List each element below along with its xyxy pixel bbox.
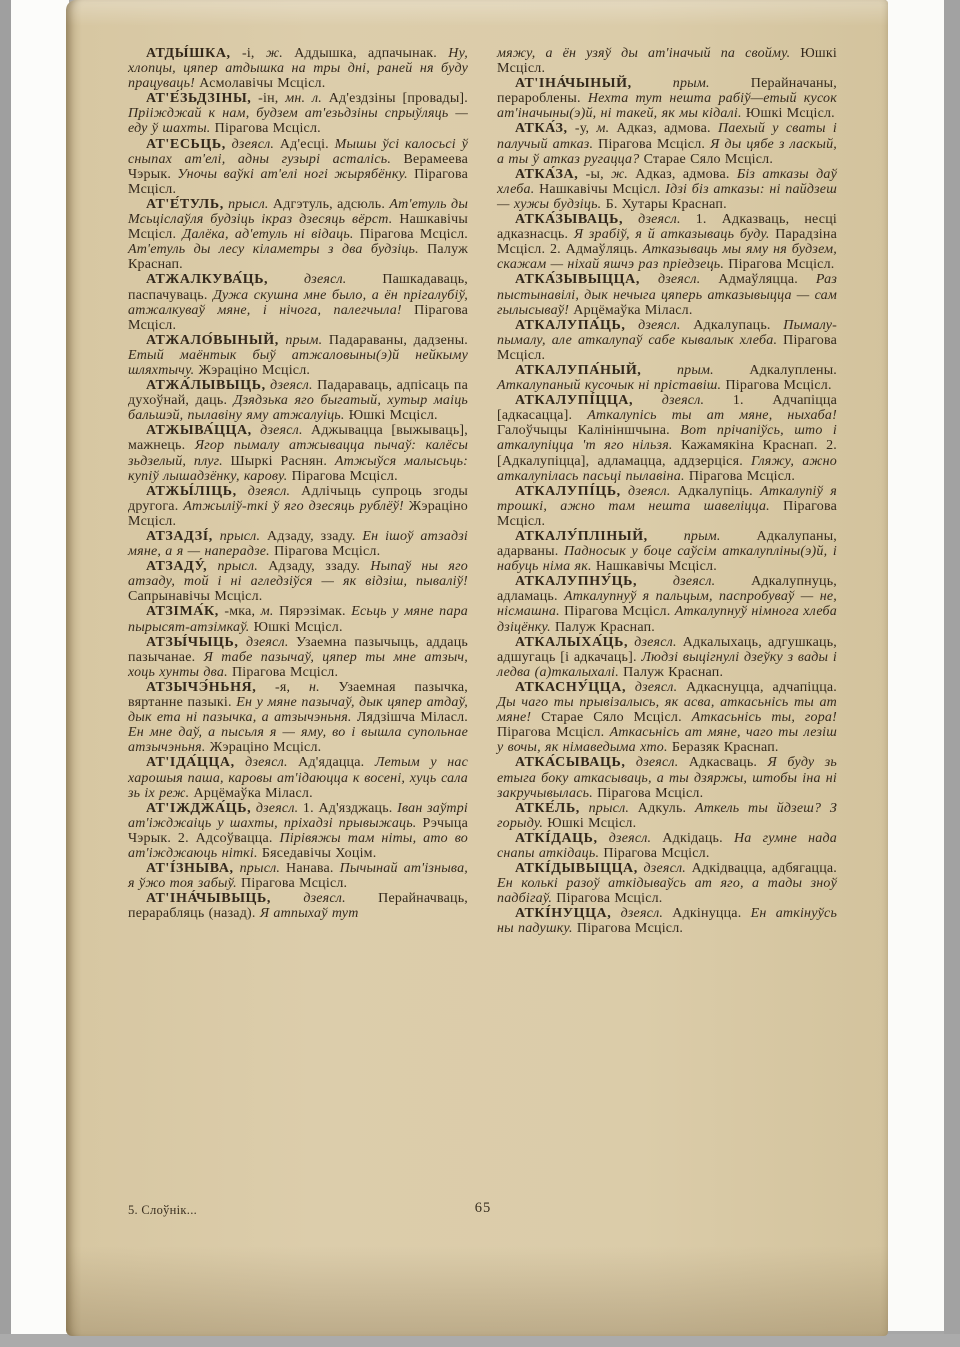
dictionary-entry: АТКАЛУ́ПЛІНЫЙ, прым. Адкалупаны, адарван… bbox=[497, 529, 837, 574]
headword: АТКАЛУПІ́ЦЬ, bbox=[515, 484, 621, 499]
headword: АТКА́ЗА, bbox=[515, 167, 578, 182]
definition-text: Ад'ядацца. bbox=[288, 755, 375, 770]
dictionary-entry: АТ'Е́ТУЛЬ, прысл. Адгэтуль, адсюль. Ат'е… bbox=[128, 197, 468, 272]
definition-text: -я, bbox=[256, 680, 309, 695]
definition-text: Адкінуцца. bbox=[663, 906, 751, 921]
definition-text: Адмаўляцца. bbox=[700, 272, 816, 287]
headword: АТЗЫЧЭ́НЬНЯ, bbox=[146, 680, 256, 695]
definition-text: Юшкі Мсцісл. bbox=[249, 620, 342, 635]
headword: АТЗЫ́ЧЫЦЬ, bbox=[146, 635, 238, 650]
quote-example: Уночы ваўкі ат'елі ногі жырябёнку. bbox=[177, 167, 407, 182]
dictionary-entry: АТЖЫВА́ЦЦА, дзеясл. Аджывацца [выжываць]… bbox=[128, 423, 468, 483]
headword: АТЖЫ́ЛІЦЬ, bbox=[146, 484, 237, 499]
grammar-label: дзеясл. bbox=[245, 755, 287, 770]
definition-text: Пірагова Мсцісл. bbox=[287, 469, 397, 484]
footer-signature-note: 5. Слоўнік... bbox=[128, 1203, 197, 1218]
definition-text bbox=[238, 635, 246, 650]
definition-text: Юшкі Мсцісл. bbox=[742, 106, 835, 121]
page-edge-left bbox=[11, 0, 69, 1334]
headword: АТКА́ЗЫВЫЦЦА, bbox=[515, 272, 640, 287]
definition-text: Бяседавічы Хоцім. bbox=[258, 846, 377, 861]
grammar-label: дзеясл. bbox=[248, 484, 290, 499]
scanner-background-right bbox=[944, 0, 960, 1347]
headword: АТ'ІНА́ЧЫВЫЦЬ, bbox=[146, 891, 271, 906]
dictionary-entry: АТ'ЕСЬЦЬ, дзеясл. Ад'есці. Мышы ўсі кало… bbox=[128, 137, 468, 197]
definition-text: Пірагова Мсцісл. bbox=[270, 544, 380, 559]
definition-text: Пірагова Мсцісл. bbox=[237, 876, 347, 891]
headword: АТ'Е́ТУЛЬ, bbox=[146, 197, 224, 212]
headword: АТ'Е́ЗЬДЗІНЫ, bbox=[146, 91, 251, 106]
dictionary-entry: АТЗЫЧЭ́НЬНЯ, -я, н. Узаемная пазычка, вя… bbox=[128, 680, 468, 755]
dictionary-entry: АТКІ́ДАЦЬ, дзеясл. Адкідаць. На гумне на… bbox=[497, 831, 837, 861]
definition-text: Сапрынавічы Мсцісл. bbox=[128, 589, 262, 604]
dictionary-entry: АТЗЫ́ЧЫЦЬ, дзеясл. Узаемна пазычыць, адд… bbox=[128, 635, 468, 680]
headword: АТКА́З, bbox=[515, 121, 568, 136]
definition-text bbox=[632, 76, 673, 91]
dictionary-entry: АТКАЛУПІ́ЦЦА, дзеясл. 1. Адчапіцца [адка… bbox=[497, 393, 837, 484]
definition-text: Арцёмаўка Міласл. bbox=[569, 303, 692, 318]
grammar-label: ж. bbox=[266, 46, 283, 61]
quote-example: Далёка, ад'етуль ні відаць. bbox=[182, 227, 353, 242]
grammar-label: дзеясл. bbox=[658, 272, 700, 287]
definition-text: Адгэтуль, адсюль. bbox=[269, 197, 390, 212]
definition-text: Беразяк Краснап. bbox=[668, 740, 779, 755]
definition-text: Пірагова Мсцісл. bbox=[573, 921, 683, 936]
dictionary-entry: АТКІ́ДЫВЫЦЦА, дзеясл. Адкідвацца, адбяга… bbox=[497, 861, 837, 906]
dictionary-entry: АТЖАЛО́ВЫНЫЙ, прым. Падараваны, дадзены.… bbox=[128, 333, 468, 378]
grammar-label: дзеясл. bbox=[635, 680, 677, 695]
paper-page: АТДЫ́ШКА, -і, ж. Аддышка, адпачынак. Ну,… bbox=[66, 0, 888, 1336]
quote-example: Я атпыхаў тут bbox=[260, 906, 359, 921]
quote-example: Аткалупаный кусочык ні пріставіш. bbox=[497, 378, 721, 393]
grammar-label: дзеясл. bbox=[246, 635, 288, 650]
definition-text: Нашкавічы Мсцісл. bbox=[534, 182, 665, 197]
dictionary-entry: АТКАЛЫХА́ЦЬ, дзеясл. Адкалыхаць, адгушка… bbox=[497, 635, 837, 680]
definition-text: Адкідвацца, адбягацца. bbox=[686, 861, 837, 876]
grammar-label: м. bbox=[261, 604, 274, 619]
definition-text: Шыркі Раснян. bbox=[223, 454, 335, 469]
definition-text bbox=[580, 801, 589, 816]
headword: АТ'ЕСЬЦЬ, bbox=[146, 137, 226, 152]
definition-text: Пірагова Мсцісл. bbox=[552, 891, 662, 906]
definition-text: Асмолавічы Мсцісл. bbox=[195, 76, 325, 91]
definition-text: Пірагова Мсцісл. bbox=[497, 725, 610, 740]
definition-text: Жэраціно Мсцісл. bbox=[206, 740, 322, 755]
quote-example: Я зрабіў, я й атказываць буду. bbox=[574, 227, 770, 242]
dictionary-entry: АТЗАДЗІ́, прысл. Адзаду, ззаду. Ен ішоў … bbox=[128, 529, 468, 559]
dictionary-entry: АТКА́ЗА, -ы, ж. Адказ, адмова. Біз атказ… bbox=[497, 167, 837, 212]
definition-text: Галоўчыцы Калініншчына. bbox=[497, 423, 680, 438]
definition-text bbox=[641, 363, 677, 378]
headword: АТЖАЛКУВА́ЦЬ, bbox=[146, 272, 268, 287]
grammar-label: дзеясл. bbox=[644, 861, 686, 876]
definition-text: -ы, bbox=[578, 167, 611, 182]
grammar-label: дзеясл. bbox=[609, 831, 651, 846]
headword: АТКАЛУПНУ́ЦЬ, bbox=[515, 574, 637, 589]
dictionary-entry: АТЖЫ́ЛІЦЬ, дзеясл. Адлічыць супроць згод… bbox=[128, 484, 468, 529]
page-number: 65 bbox=[475, 1200, 492, 1217]
definition-text: Пірагова Мсцісл. bbox=[724, 257, 834, 272]
definition-text: Адказ, адмова. bbox=[609, 121, 718, 136]
dictionary-entry: АТКАЛУПНУ́ЦЬ, дзеясл. Адкалупнуць, адлам… bbox=[497, 574, 837, 634]
headword: АТКАЛУПА́ЦЬ, bbox=[515, 318, 625, 333]
definition-text: Адкуль. bbox=[629, 801, 695, 816]
headword: АТКАЛУПА́НЫЙ, bbox=[515, 363, 641, 378]
definition-text: -ін, bbox=[251, 91, 285, 106]
definition-text bbox=[625, 318, 638, 333]
dictionary-entry: АТ'ІДА́ЦЦА, дзеясл. Ад'ядацца. Летым у н… bbox=[128, 755, 468, 800]
headword: АТЖАЛО́ВЫНЫЙ, bbox=[146, 333, 279, 348]
headword: АТКАЛУПІ́ЦЦА, bbox=[515, 393, 633, 408]
dictionary-entry: АТКА́З, -у, м. Адказ, адмова. Паехый у с… bbox=[497, 121, 837, 166]
definition-text: Б. Хутары Краснап. bbox=[601, 197, 726, 212]
quote-example: Ен колькі разоў аткідываўсь ат яго, а та… bbox=[497, 876, 837, 906]
headword: АТКІ́ДАЦЬ, bbox=[515, 831, 598, 846]
dictionary-entry: АТКАЛУПА́НЫЙ, прым. Адкалуплены. Аткалуп… bbox=[497, 363, 837, 393]
quote-example: Аткалупісь ты ат мяне, ныхаба! bbox=[587, 408, 837, 423]
headword: АТ'ІДА́ЦЦА, bbox=[146, 755, 235, 770]
dictionary-entry: АТЗАДУ́, прысл. Адзаду, ззаду. Ныпаў ны … bbox=[128, 559, 468, 604]
quote-example: мяжу, а ён узяў ды ат'іначый па свойму. bbox=[497, 46, 790, 61]
definition-text: Нанава. bbox=[280, 861, 339, 876]
definition-text: Падараваны, дадзены. bbox=[322, 333, 468, 348]
headword: АТКЕ́ЛЬ, bbox=[515, 801, 580, 816]
grammar-label: прысл. bbox=[228, 197, 269, 212]
quote-example: Атжыліў-ткі ў яго дзесяць рублёў! bbox=[183, 499, 404, 514]
headword: АТ'ІЖДЖА́ЦЬ, bbox=[146, 801, 251, 816]
dictionary-entry: АТЗІМА́К, -мка, м. Пярэзімак. Есьць у мя… bbox=[128, 604, 468, 634]
grammar-label: дзеясл. bbox=[636, 755, 678, 770]
definition-text: Адкасваць. bbox=[678, 755, 767, 770]
grammar-label: мн. л. bbox=[285, 91, 322, 106]
page-edge-right bbox=[886, 0, 946, 1331]
headword: АТКІ́НУЦЦА, bbox=[515, 906, 611, 921]
definition-text bbox=[626, 680, 635, 695]
definition-text: Пірагова Мсцісл. bbox=[593, 137, 710, 152]
page-footer: 5. Слоўнік... 65 bbox=[128, 1200, 838, 1222]
definition-text: -у, bbox=[568, 121, 597, 136]
text-column-left: АТДЫ́ШКА, -і, ж. Аддышка, адпачынак. Ну,… bbox=[128, 46, 468, 937]
definition-text bbox=[213, 529, 220, 544]
definition-text: Пярэзімак. bbox=[274, 604, 352, 619]
definition-text: Адкалупіць. bbox=[671, 484, 761, 499]
definition-text: Аддышка, адпачынак. bbox=[283, 46, 448, 61]
definition-text: Арцёмаўка Міласл. bbox=[189, 786, 312, 801]
dictionary-entry: АТ'ІНА́ЧЫВЫЦЬ, дзеясл. Перайначваць, пер… bbox=[128, 891, 468, 921]
definition-text: Палуж Краснап. bbox=[619, 665, 723, 680]
dictionary-entry: АТКА́СЫВАЦЬ, дзеясл. Адкасваць. Я буду з… bbox=[497, 755, 837, 800]
definition-text: Юшкі Мсцісл. bbox=[543, 816, 636, 831]
definition-text bbox=[633, 393, 662, 408]
definition-text: Адкалупаць. bbox=[681, 318, 784, 333]
definition-text: Пірагова Мсцісл. bbox=[593, 786, 703, 801]
quote-example: Аткасьнісь ты, гора! bbox=[692, 710, 837, 725]
definition-text bbox=[252, 423, 260, 438]
definition-text: Адказ, адмова. bbox=[628, 167, 737, 182]
definition-text bbox=[598, 831, 609, 846]
grammar-label: прым. bbox=[285, 333, 322, 348]
headword: АТКА́СЫВАЦЬ, bbox=[515, 755, 625, 770]
grammar-label: дзеясл. bbox=[621, 906, 663, 921]
dictionary-entry: АТ'ІЖДЖА́ЦЬ, дзеясл. 1. Ад'язджаць. Іван… bbox=[128, 801, 468, 861]
grammar-label: дзеясл. bbox=[662, 393, 704, 408]
dictionary-entry: АТКІ́НУЦЦА, дзеясл. Адкінуцца. Ен аткіну… bbox=[497, 906, 837, 936]
definition-text: 1. Ад'язджаць. bbox=[298, 801, 397, 816]
grammar-label: дзеясл. bbox=[260, 423, 302, 438]
text-column-right: мяжу, а ён узяў ды ат'іначый па свойму. … bbox=[497, 46, 837, 937]
definition-text: Ад'есці. bbox=[274, 137, 335, 152]
grammar-label: прысл. bbox=[220, 529, 261, 544]
headword: АТДЫ́ШКА, bbox=[146, 46, 231, 61]
grammar-label: прым. bbox=[677, 363, 714, 378]
grammar-label: дзеясл. bbox=[628, 484, 670, 499]
definition-text: Адкалуплены. bbox=[714, 363, 837, 378]
definition-text: Адкідаць. bbox=[651, 831, 734, 846]
headword: АТЖЫВА́ЦЦА, bbox=[146, 423, 252, 438]
definition-text: -і, bbox=[231, 46, 266, 61]
definition-text: Лядзішча Міласл. bbox=[352, 710, 468, 725]
grammar-label: дзеясл. bbox=[673, 574, 715, 589]
definition-text: Пірагова Мсцісл. bbox=[228, 665, 338, 680]
grammar-label: прым. bbox=[673, 76, 710, 91]
headword: АТЗАДУ́, bbox=[146, 559, 207, 574]
headword: АТЗІМА́К, bbox=[146, 604, 219, 619]
entry-continuation: мяжу, а ён узяў ды ат'іначый па свойму. … bbox=[497, 46, 837, 76]
dictionary-entry: АТ'ІНА́ЧЫНЫЙ, прым. Перайначаны, перароб… bbox=[497, 76, 837, 121]
definition-text: Нашкавічы Мсцісл. bbox=[592, 559, 717, 574]
headword: АТ'ІНА́ЧЫНЫЙ, bbox=[515, 76, 632, 91]
definition-text bbox=[268, 272, 304, 287]
definition-text bbox=[271, 891, 303, 906]
definition-text: Пірагова Мсцісл. bbox=[599, 846, 709, 861]
dictionary-entry: АТКАЛУПА́ЦЬ, дзеясл. Адкалупаць. Пымалу-… bbox=[497, 318, 837, 363]
grammar-label: прысл. bbox=[589, 801, 630, 816]
headword: АТЖА́ЛЫВЫЦЬ, bbox=[146, 378, 266, 393]
grammar-label: прысл. bbox=[217, 559, 258, 574]
dictionary-text-block: АТДЫ́ШКА, -і, ж. Аддышка, адпачынак. Ну,… bbox=[128, 46, 838, 937]
headword: АТКАСНУ́ЦЦА, bbox=[515, 680, 626, 695]
dictionary-entry: АТЖАЛКУВА́ЦЬ, дзеясл. Пашкадаваць, паспа… bbox=[128, 272, 468, 332]
definition-text: Пірагова Мсцісл. bbox=[560, 604, 675, 619]
definition-text: Юшкі Мсцісл. bbox=[345, 408, 438, 423]
definition-text bbox=[611, 906, 620, 921]
two-column-layout: АТДЫ́ШКА, -і, ж. Аддышка, адпачынак. Ну,… bbox=[128, 46, 838, 937]
grammar-label: дзеясл. bbox=[634, 635, 676, 650]
grammar-label: дзеясл. bbox=[638, 318, 680, 333]
definition-text: Пірагова Мсцісл. bbox=[721, 378, 831, 393]
headword: АТКАЛУ́ПЛІНЫЙ, bbox=[515, 529, 648, 544]
definition-text bbox=[207, 559, 217, 574]
quote-example: Ат'етуль ды лесу кіламетры з два будзіць… bbox=[128, 242, 419, 257]
grammar-label: м. bbox=[596, 121, 609, 136]
definition-text: Пірагова Мсцісл. bbox=[210, 121, 320, 136]
dictionary-entry: АТДЫ́ШКА, -і, ж. Аддышка, адпачынак. Ну,… bbox=[128, 46, 468, 91]
grammar-label: дзеясл. bbox=[303, 891, 345, 906]
definition-text: Пірагова Мсцісл. bbox=[354, 227, 468, 242]
definition-text bbox=[623, 212, 638, 227]
dictionary-entry: АТКЕ́ЛЬ, прысл. Адкуль. Аткель ты йдзеш?… bbox=[497, 801, 837, 831]
dictionary-entry: АТКАСНУ́ЦЦА, дзеясл. Адкаснуцца, адчапіц… bbox=[497, 680, 837, 755]
definition-text bbox=[648, 529, 684, 544]
dictionary-entry: АТЖА́ЛЫВЫЦЬ, дзеясл. Падараваць, адпісац… bbox=[128, 378, 468, 423]
definition-text bbox=[237, 484, 248, 499]
definition-text bbox=[235, 755, 245, 770]
grammar-label: ж. bbox=[611, 167, 628, 182]
grammar-label: дзеясл. bbox=[270, 378, 312, 393]
scanned-book-page: { "colors": { "paper": "#dbcca9", "ink":… bbox=[0, 0, 960, 1347]
definition-text: Адзаду, ззаду. bbox=[258, 559, 370, 574]
dictionary-entry: АТКАЛУПІ́ЦЬ, дзеясл. Адкалупіць. Аткалуп… bbox=[497, 484, 837, 529]
definition-text: -мка, bbox=[219, 604, 261, 619]
definition-text bbox=[640, 272, 658, 287]
definition-text: Пірагова Мсцісл. bbox=[685, 469, 795, 484]
headword: АТЗАДЗІ́, bbox=[146, 529, 213, 544]
grammar-label: н. bbox=[309, 680, 320, 695]
grammar-label: дзеясл. bbox=[638, 212, 680, 227]
grammar-label: дзеясл. bbox=[232, 137, 274, 152]
grammar-label: дзеясл. bbox=[304, 272, 346, 287]
dictionary-entry: АТКА́ЗЫВЫЦЦА, дзеясл. Адмаўляцца. Раз пы… bbox=[497, 272, 837, 317]
dictionary-entry: АТКА́ЗЫВАЦЬ, дзеясл. 1. Адказваць, несці… bbox=[497, 212, 837, 272]
headword: АТКІ́ДЫВЫЦЦА, bbox=[515, 861, 638, 876]
definition-text bbox=[637, 574, 673, 589]
grammar-label: дзеясл. bbox=[256, 801, 298, 816]
definition-text: Адзаду, ззаду. bbox=[260, 529, 362, 544]
dictionary-entry: АТ'І́ЗНЫВА, прысл. Нанава. Пычынай ат'із… bbox=[128, 861, 468, 891]
definition-text: Старае Сяло Мсцісл. bbox=[639, 152, 773, 167]
grammar-label: прысл. bbox=[240, 861, 281, 876]
definition-text: Ад'ездзіны [провады]. bbox=[322, 91, 468, 106]
definition-text: Старае Сяло Мсцісл. bbox=[531, 710, 691, 725]
headword: АТ'І́ЗНЫВА, bbox=[146, 861, 234, 876]
headword: АТКАЛЫХА́ЦЬ, bbox=[515, 635, 628, 650]
grammar-label: прым. bbox=[684, 529, 721, 544]
dictionary-entry: АТ'Е́ЗЬДЗІНЫ, -ін, мн. л. Ад'ездзіны [пр… bbox=[128, 91, 468, 136]
definition-text: Палуж Краснап. bbox=[551, 620, 655, 635]
definition-text: Адкаснуцца, адчапіцца. bbox=[677, 680, 837, 695]
definition-text bbox=[621, 484, 628, 499]
definition-text bbox=[625, 755, 635, 770]
definition-text: Жэраціно Мсцісл. bbox=[194, 363, 310, 378]
headword: АТКА́ЗЫВАЦЬ, bbox=[515, 212, 623, 227]
